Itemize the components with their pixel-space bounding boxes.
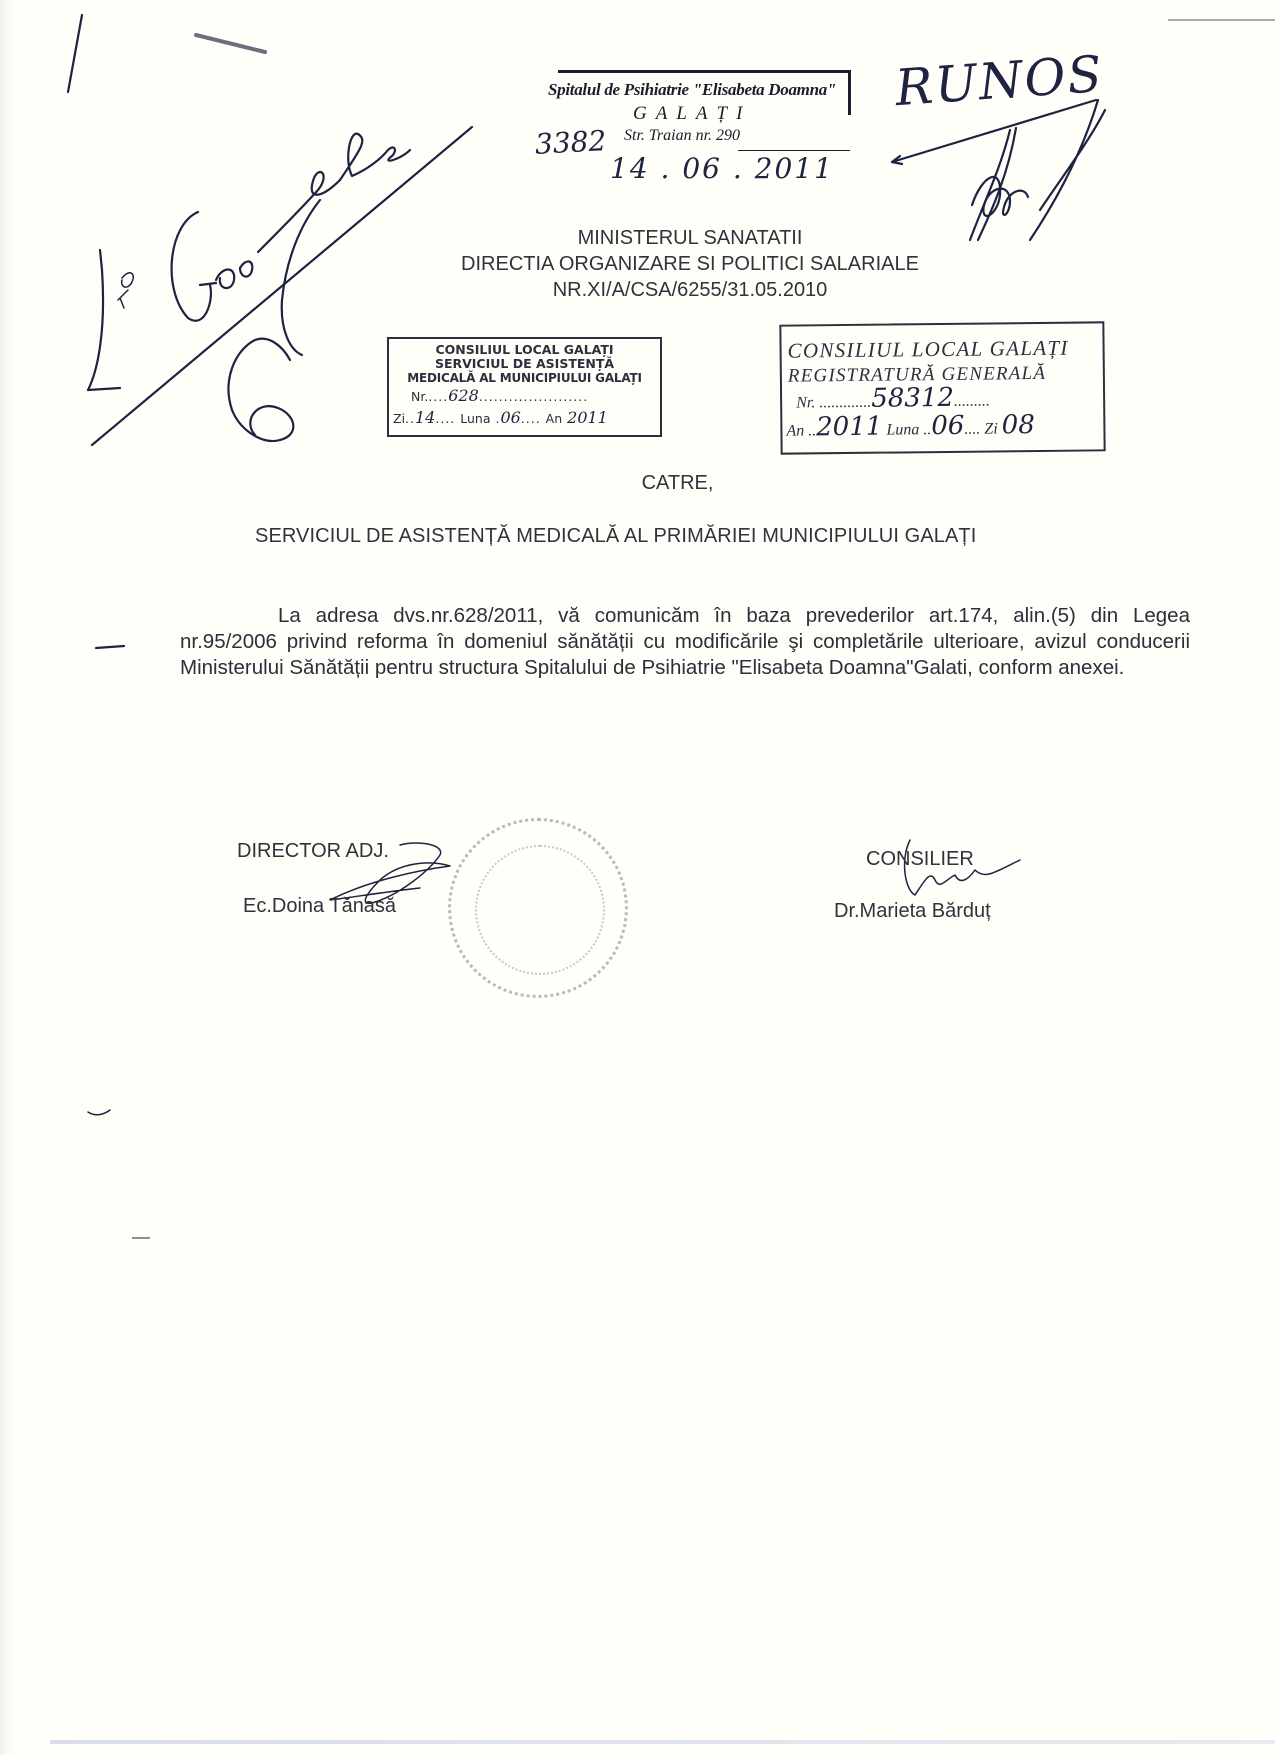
round-seal — [448, 818, 628, 998]
margin-mark-1 — [96, 646, 124, 648]
stamp-a-nr-row: Nr.....628...................... — [389, 385, 660, 407]
stamp-b-zi-label: Zi — [984, 420, 998, 437]
hospital-name: Spitalul de Psihiatrie "Elisabeta Doamna… — [548, 80, 836, 100]
ministry-name: MINISTERUL SANATATII — [360, 225, 1020, 251]
stamp-general-registry: CONSILIUL LOCAL GALAȚI REGISTRATURĂ GENE… — [779, 321, 1105, 454]
hospital-reg-number: 3382 — [534, 124, 607, 161]
stamp-b-nr-value: 58312 — [871, 383, 954, 414]
stamp-b-zi-value: 08 — [1002, 410, 1035, 440]
hospital-street: Str. Traian nr. 290 — [624, 127, 740, 145]
stamp-b-nr-label: Nr. — [796, 394, 815, 411]
hospital-reg-date: 14 . 06 . 2011 — [610, 152, 834, 185]
stamp-a-line1: CONSILIUL LOCAL GALAȚI — [389, 343, 660, 357]
stamp-a-nr-label: Nr. — [411, 389, 428, 404]
stamp-a-date-row: Zi..14.... Luna .06.... An 2011 — [389, 407, 660, 429]
hospital-city: GALAȚI — [633, 103, 751, 125]
body-paragraph: La adresa dvs.nr.628/2011, vă comunicăm … — [180, 603, 1190, 681]
stamp-a-luna-value: 06 — [500, 408, 520, 427]
stamp-a-an-value: 2011 — [567, 408, 608, 427]
document-header: MINISTERUL SANATATII DIRECTIA ORGANIZARE… — [360, 225, 1020, 303]
stamp-date-line — [738, 150, 850, 151]
margin-mark-2 — [88, 1110, 110, 1115]
signatory-right-title: CONSILIER — [866, 848, 974, 871]
stamp-b-line1: CONSILIUL LOCAL GALAȚI — [787, 335, 1102, 363]
stamp-b-luna-label: Luna — [886, 421, 919, 438]
stamp-a-line3: MEDICALĂ AL MUNICIPIULUI GALAȚI — [389, 371, 660, 385]
stamp-a-nr-value: 628 — [448, 386, 479, 405]
scan-mark-horizontal — [196, 35, 265, 52]
stamp-border-right — [848, 70, 851, 115]
directorate-name: DIRECTIA ORGANIZARE SI POLITICI SALARIAL… — [360, 251, 1020, 277]
stamp-border-top — [558, 70, 848, 76]
stamp-a-luna-label: Luna — [460, 411, 490, 426]
stamp-a-zi-label: Zi — [393, 411, 405, 426]
stamp-b-an-label: An — [786, 422, 804, 439]
recipient: SERVICIUL DE ASISTENȚĂ MEDICALĂ AL PRIMĂ… — [255, 525, 976, 548]
signatory-left-name: Ec.Doina Tănasă — [243, 895, 396, 918]
signature-top-right — [892, 100, 1105, 240]
addressee-label: CATRE, — [0, 472, 1275, 495]
stamp-a-an-label: An — [546, 411, 562, 426]
signatory-right-name: Dr.Marieta Bărduț — [834, 900, 991, 923]
round-seal-inner — [475, 845, 605, 975]
stamp-medical-service: CONSILIUL LOCAL GALAȚI SERVICIUL DE ASIS… — [387, 337, 662, 437]
stamp-b-luna-value: 06 — [931, 411, 964, 441]
stamp-a-zi-value: 14 — [415, 408, 435, 427]
stamp-a-line2: SERVICIUL DE ASISTENȚĂ — [389, 357, 660, 371]
stamp-b-an-value: 2011 — [816, 412, 882, 443]
signatory-left-title: DIRECTOR ADJ. — [237, 840, 389, 863]
document-number: NR.XI/A/CSA/6255/31.05.2010 — [360, 277, 1020, 303]
scan-mark-vertical — [68, 15, 82, 92]
stamp-b-date-row: An ..2011 Luna ..06.... Zi 08 — [786, 412, 1103, 443]
